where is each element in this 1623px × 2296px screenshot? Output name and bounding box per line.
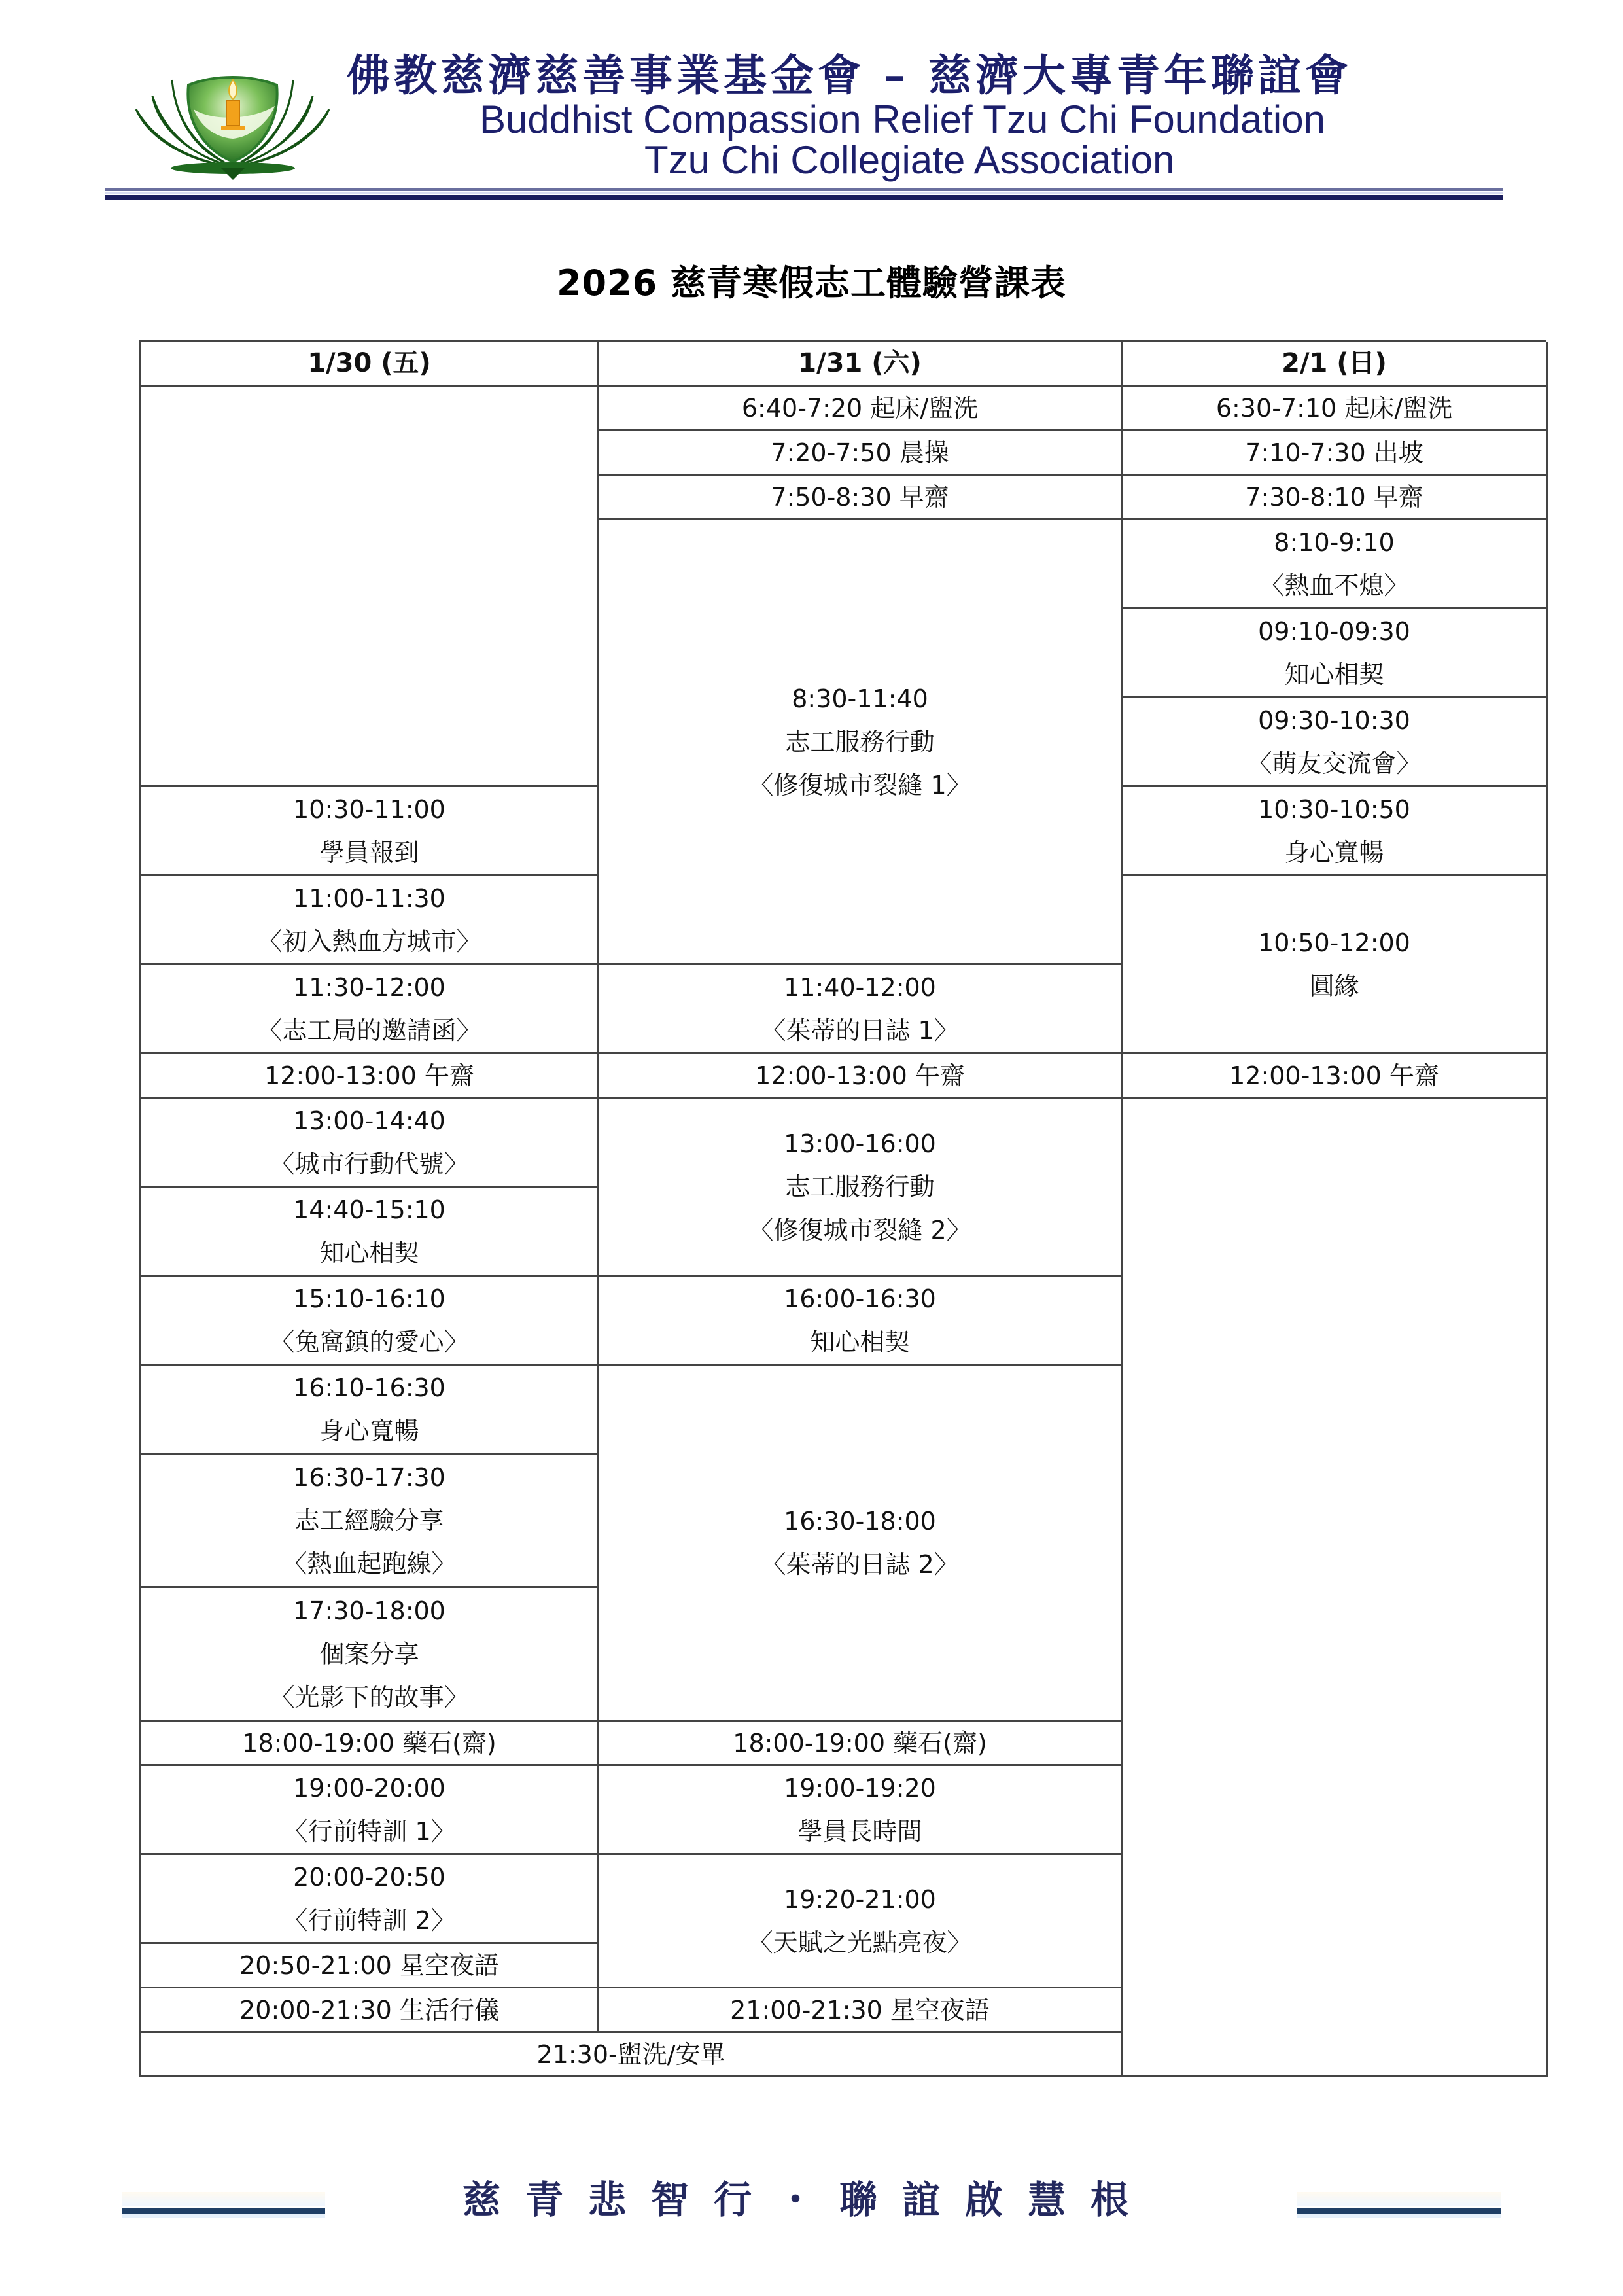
session-time: 18:00-19:00 藥石(齋) xyxy=(242,1722,496,1765)
session-time: 16:30-18:00 xyxy=(784,1500,936,1543)
schedule-session: 7:10-7:30 出坡 xyxy=(1123,431,1548,476)
session-time: 20:50-21:00 星空夜語 xyxy=(239,1944,499,1987)
schedule-session: 09:30-10:30〈萌友交流會〉 xyxy=(1123,698,1548,787)
schedule-session: 10:30-11:00學員報到 xyxy=(141,787,599,876)
session-label: 〈萌友交流會〉 xyxy=(1247,742,1421,785)
session-label: 〈行前特訓 1〉 xyxy=(283,1810,455,1853)
letterhead-divider xyxy=(105,188,1503,202)
schedule-session: 18:00-19:00 藥石(齋) xyxy=(141,1722,599,1766)
schedule-session: 12:00-13:00 午齋 xyxy=(141,1054,599,1099)
session-label: 身心寬暢 xyxy=(1284,831,1384,874)
schedule-session: 19:00-20:00〈行前特訓 1〉 xyxy=(141,1766,599,1855)
session-time: 10:30-11:00 xyxy=(293,788,445,831)
session-label: 〈行前特訓 2〉 xyxy=(283,1899,455,1942)
schedule-session: 20:00-20:50〈行前特訓 2〉 xyxy=(141,1855,599,1944)
session-label: 個案分享 xyxy=(319,1633,419,1676)
schedule-session: 11:30-12:00〈志工局的邀請函〉 xyxy=(141,965,599,1054)
session-time: 13:00-16:00 xyxy=(784,1122,936,1165)
schedule-session: 6:40-7:20 起床/盥洗 xyxy=(599,387,1123,431)
session-label: 〈熱血不熄〉 xyxy=(1259,564,1408,607)
session-time: 7:20-7:50 晨操 xyxy=(771,431,949,474)
session-time: 18:00-19:00 藥石(齋) xyxy=(733,1722,986,1765)
schedule-session: 09:10-09:30知心相契 xyxy=(1123,609,1548,698)
session-label: 〈修復城市裂縫 2〉 xyxy=(748,1209,971,1252)
schedule-empty-cell xyxy=(1123,1099,1548,2077)
schedule-session: 14:40-15:10知心相契 xyxy=(141,1188,599,1277)
session-label: 〈茱蒂的日誌 2〉 xyxy=(761,1543,958,1586)
session-label: 〈初入熱血方城市〉 xyxy=(257,920,481,963)
session-label: 志工經驗分享 xyxy=(294,1499,444,1542)
session-label: 〈茱蒂的日誌 1〉 xyxy=(761,1009,958,1052)
session-time: 21:30-盥洗/安單 xyxy=(536,2033,725,2076)
session-label: 〈兔窩鎮的愛心〉 xyxy=(270,1320,468,1364)
schedule-closing-session: 21:30-盥洗/安單 xyxy=(141,2033,1123,2077)
session-time: 12:00-13:00 午齋 xyxy=(755,1054,965,1097)
schedule-session: 13:00-16:00志工服務行動〈修復城市裂縫 2〉 xyxy=(599,1099,1123,1277)
org-name-chinese: 佛教慈濟慈善事業基金會 – 慈濟大專青年聯誼會 xyxy=(347,51,1498,99)
session-time: 11:30-12:00 xyxy=(293,966,445,1009)
session-time: 11:00-11:30 xyxy=(293,877,445,920)
tzu-chi-logo-icon xyxy=(123,60,342,181)
column-header-day1: 1/30 (五) xyxy=(141,342,599,387)
session-time: 14:40-15:10 xyxy=(293,1188,445,1231)
session-label: 〈天賦之光點亮夜〉 xyxy=(748,1921,971,1964)
column-header-day2: 1/31 (六) xyxy=(599,342,1123,387)
schedule-session: 11:40-12:00〈茱蒂的日誌 1〉 xyxy=(599,965,1123,1054)
letterhead: 佛教慈濟慈善事業基金會 – 慈濟大專青年聯誼會 Buddhist Compass… xyxy=(0,0,1623,209)
session-time: 17:30-18:00 xyxy=(293,1589,445,1633)
schedule-session: 20:50-21:00 星空夜語 xyxy=(141,1944,599,1988)
schedule-session: 19:00-19:20學員長時間 xyxy=(599,1766,1123,1855)
schedule-session: 16:10-16:30身心寬暢 xyxy=(141,1366,599,1455)
schedule-session: 11:00-11:30〈初入熱血方城市〉 xyxy=(141,876,599,965)
session-time: 15:10-16:10 xyxy=(293,1277,445,1320)
session-time: 7:10-7:30 出坡 xyxy=(1245,431,1423,474)
session-label: 志工服務行動 xyxy=(785,1165,934,1209)
session-time: 16:00-16:30 xyxy=(784,1277,936,1320)
schedule-session: 6:30-7:10 起床/盥洗 xyxy=(1123,387,1548,431)
schedule-session: 15:10-16:10〈兔窩鎮的愛心〉 xyxy=(141,1277,599,1366)
column-header-day3: 2/1 (日) xyxy=(1123,342,1548,387)
schedule-session: 13:00-14:40〈城市行動代號〉 xyxy=(141,1099,599,1188)
schedule-session: 8:10-9:10〈熱血不熄〉 xyxy=(1123,520,1548,609)
session-time: 19:20-21:00 xyxy=(784,1878,936,1921)
schedule-session: 16:30-18:00〈茱蒂的日誌 2〉 xyxy=(599,1366,1123,1722)
session-label: 〈城市行動代號〉 xyxy=(270,1142,468,1186)
session-time: 20:00-21:30 生活行儀 xyxy=(239,1988,499,2032)
footer-divider-left xyxy=(122,2192,325,2219)
session-label: 圓緣 xyxy=(1309,964,1359,1008)
session-time: 21:00-21:30 星空夜語 xyxy=(730,1988,990,2032)
schedule-session: 19:20-21:00〈天賦之光點亮夜〉 xyxy=(599,1855,1123,1988)
schedule-session: 16:30-17:30志工經驗分享〈熱血起跑線〉 xyxy=(141,1455,599,1588)
session-label: 〈修復城市裂縫 1〉 xyxy=(748,764,971,807)
page-title: 2026 慈青寒假志工體驗營課表 xyxy=(0,260,1623,306)
session-time: 7:30-8:10 早齋 xyxy=(1245,476,1423,519)
session-time: 8:10-9:10 xyxy=(1274,521,1394,564)
schedule-session: 20:00-21:30 生活行儀 xyxy=(141,1988,599,2033)
session-time: 8:30-11:40 xyxy=(792,677,928,720)
session-label: 學員報到 xyxy=(319,831,419,874)
session-time: 19:00-19:20 xyxy=(784,1767,936,1810)
schedule-session: 7:30-8:10 早齋 xyxy=(1123,476,1548,520)
schedule-session: 12:00-13:00 午齋 xyxy=(1123,1054,1548,1099)
session-time: 16:10-16:30 xyxy=(293,1366,445,1409)
session-time: 19:00-20:00 xyxy=(293,1767,445,1810)
session-label: 知心相契 xyxy=(319,1231,419,1275)
schedule-session: 16:00-16:30知心相契 xyxy=(599,1277,1123,1366)
schedule-session: 7:20-7:50 晨操 xyxy=(599,431,1123,476)
schedule-session: 7:50-8:30 早齋 xyxy=(599,476,1123,520)
schedule-session: 10:30-10:50身心寬暢 xyxy=(1123,787,1548,876)
session-label: 身心寬暢 xyxy=(319,1409,419,1453)
session-time: 09:10-09:30 xyxy=(1258,610,1410,653)
footer: 慈青悲智行・聯誼啟慧根 xyxy=(0,2166,1623,2231)
session-time: 10:30-10:50 xyxy=(1258,788,1410,831)
session-time: 12:00-13:00 午齋 xyxy=(1229,1054,1439,1097)
schedule-session: 10:50-12:00圓緣 xyxy=(1123,876,1548,1054)
session-time: 20:00-20:50 xyxy=(293,1856,445,1899)
session-label: 學員長時間 xyxy=(797,1810,922,1853)
session-time: 6:40-7:20 起床/盥洗 xyxy=(742,387,978,430)
session-label: 〈熱血起跑線〉 xyxy=(282,1542,456,1585)
org-name-english: Buddhist Compassion Relief Tzu Chi Found… xyxy=(480,98,1325,141)
session-label: 知心相契 xyxy=(810,1320,909,1364)
schedule-session: 8:30-11:40志工服務行動〈修復城市裂縫 1〉 xyxy=(599,520,1123,965)
session-time: 09:30-10:30 xyxy=(1258,699,1410,742)
schedule-session: 17:30-18:00個案分享〈光影下的故事〉 xyxy=(141,1588,599,1722)
session-time: 16:30-17:30 xyxy=(293,1456,445,1499)
session-label: 〈光影下的故事〉 xyxy=(270,1676,468,1719)
org-subname-english: Tzu Chi Collegiate Association xyxy=(644,139,1174,182)
schedule-session: 21:00-21:30 星空夜語 xyxy=(599,1988,1123,2033)
footer-motto: 慈青悲智行・聯誼啟慧根 xyxy=(406,2174,1210,2226)
schedule-session: 18:00-19:00 藥石(齋) xyxy=(599,1722,1123,1766)
session-time: 12:00-13:00 午齋 xyxy=(264,1054,474,1097)
session-label: 知心相契 xyxy=(1284,653,1384,696)
schedule-empty-cell xyxy=(141,387,599,787)
session-label: 志工服務行動 xyxy=(785,720,934,764)
session-time: 11:40-12:00 xyxy=(784,966,936,1009)
session-time: 7:50-8:30 早齋 xyxy=(771,476,949,519)
schedule-table: 1/30 (五) 1/31 (六) 2/1 (日) 10:30-11:00學員報… xyxy=(139,340,1546,2077)
footer-divider-right xyxy=(1297,2192,1501,2219)
session-time: 6:30-7:10 起床/盥洗 xyxy=(1216,387,1452,430)
session-label: 〈志工局的邀請函〉 xyxy=(257,1009,481,1052)
schedule-session: 12:00-13:00 午齋 xyxy=(599,1054,1123,1099)
session-time: 13:00-14:40 xyxy=(293,1099,445,1142)
session-time: 10:50-12:00 xyxy=(1258,921,1410,964)
